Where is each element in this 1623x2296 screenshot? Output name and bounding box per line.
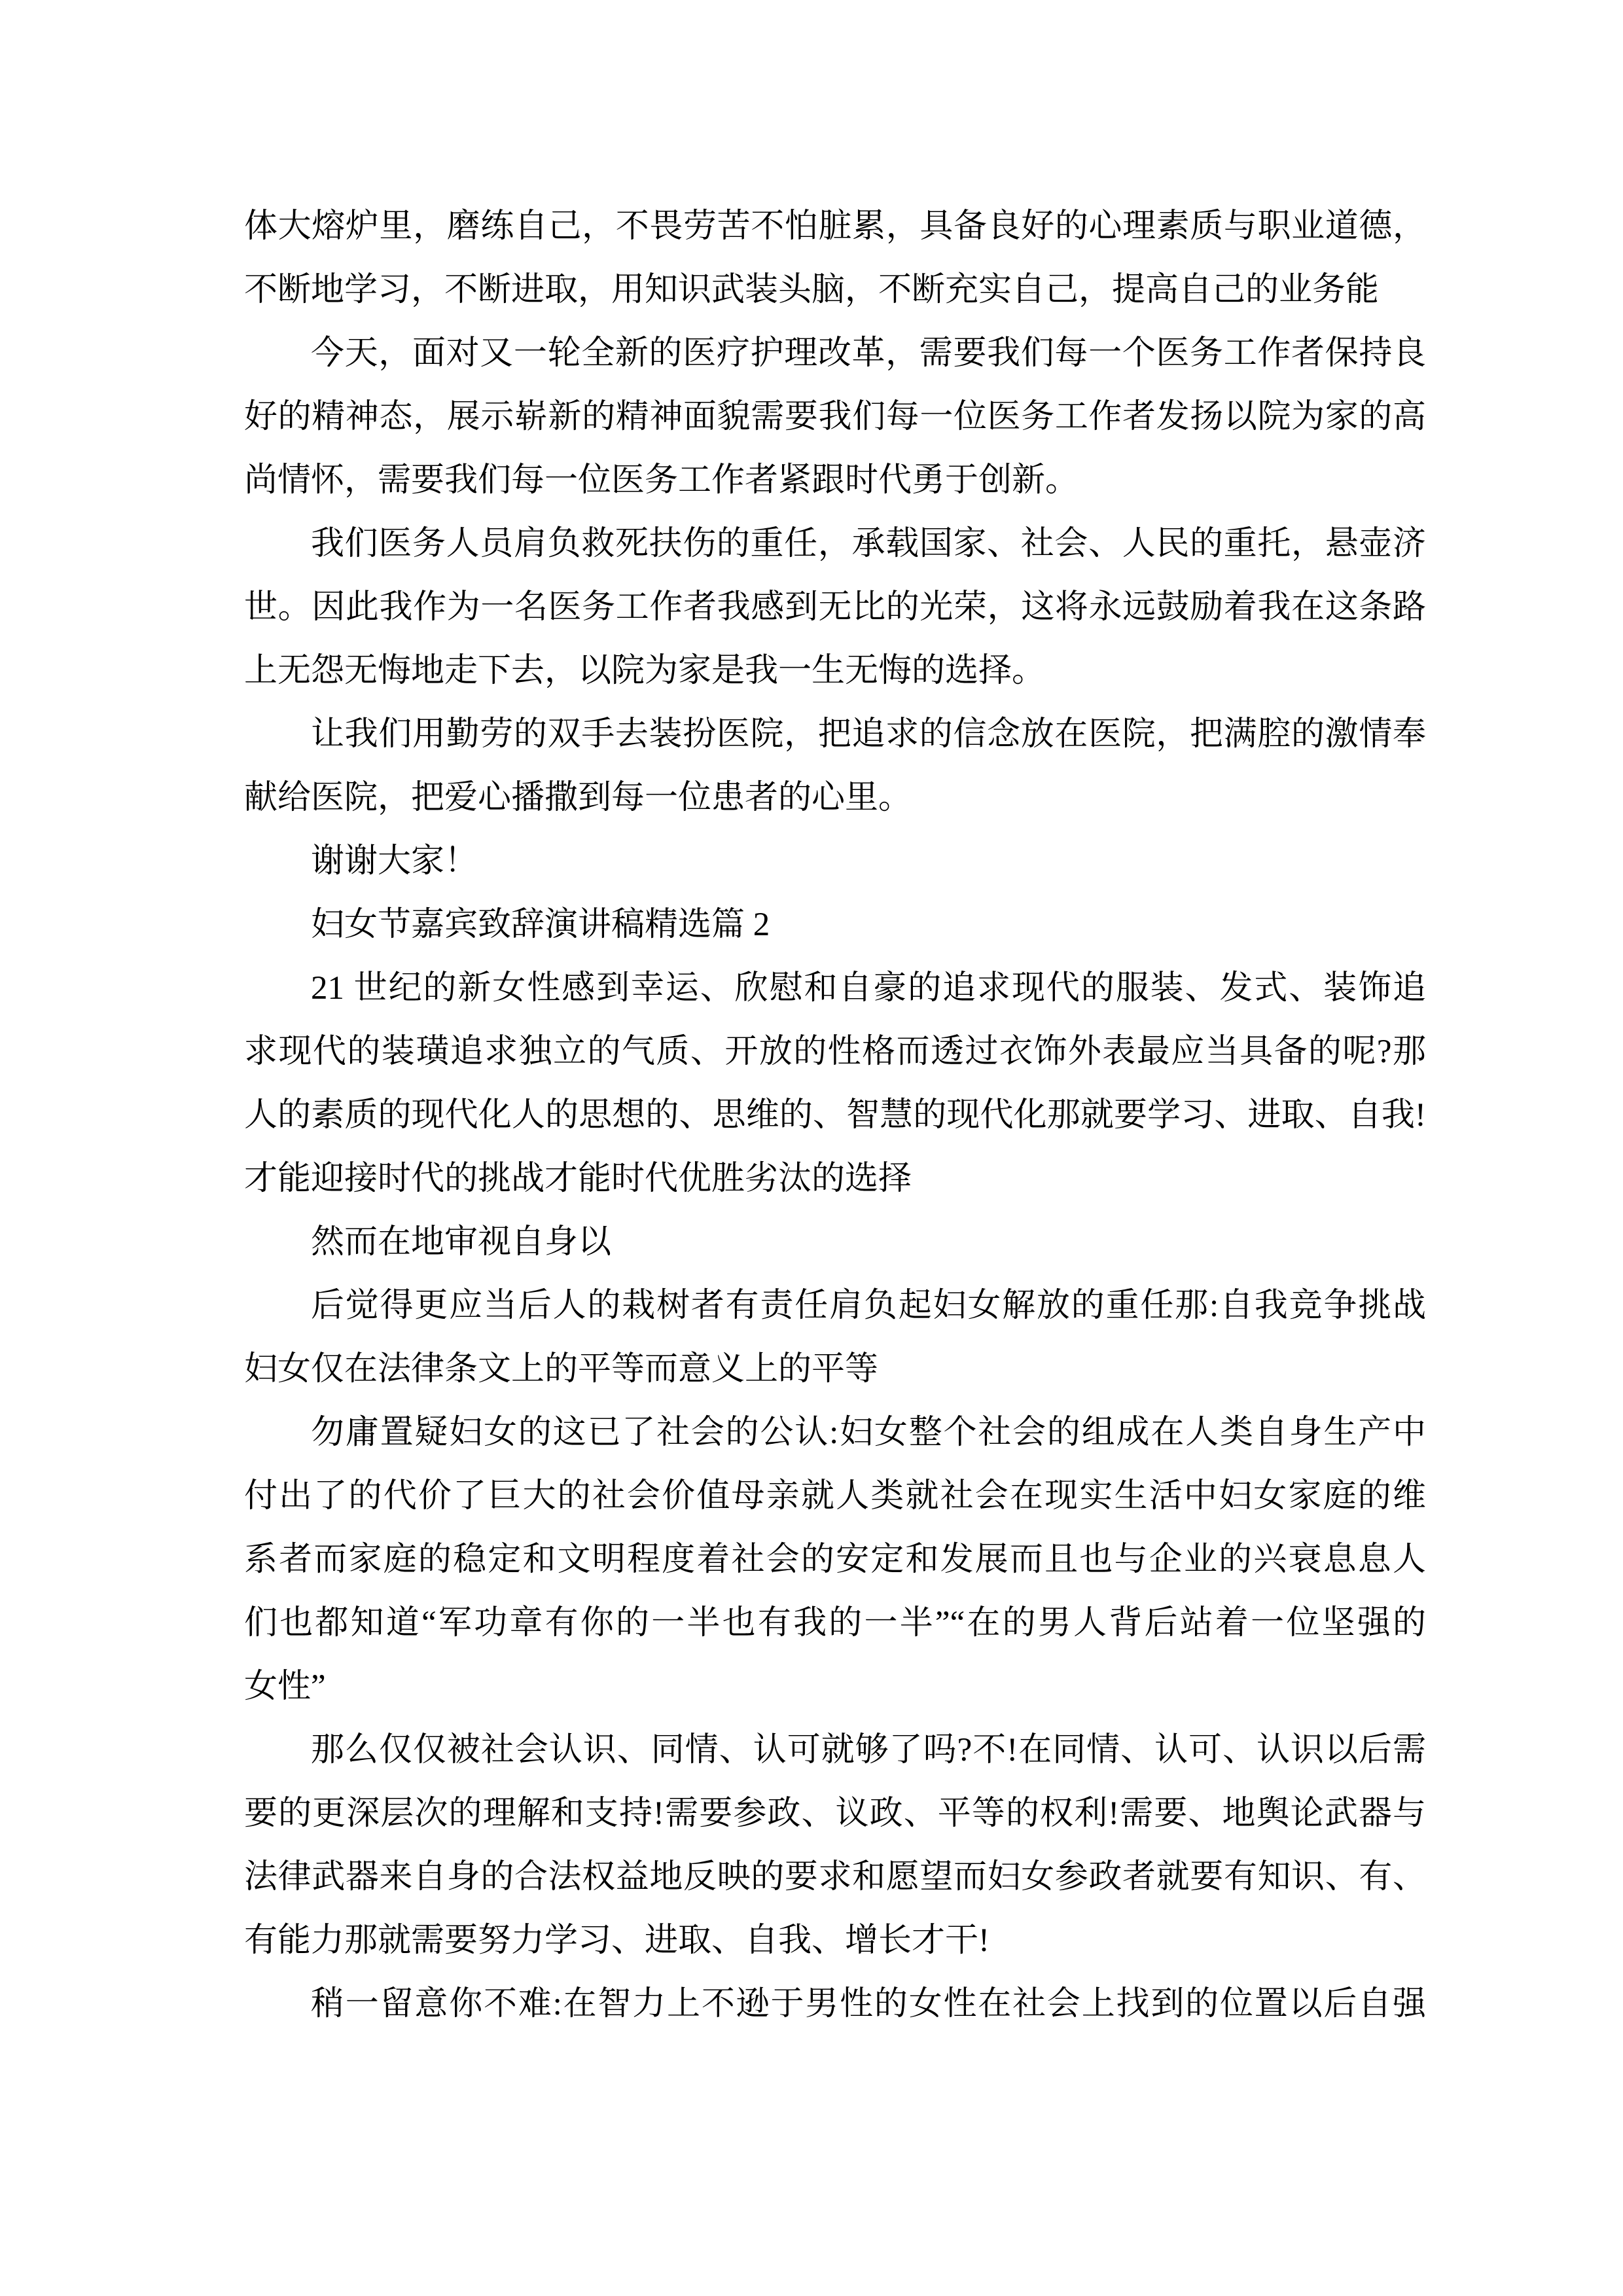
document-text-block: 体大熔炉里，磨练自己，不畏劳苦不怕脏累，具备良好的心理素质与职业道德，不断地学习…: [244, 195, 1426, 2036]
text-line: 体大熔炉里，磨练自己，不畏劳苦不怕脏累，具备良好的心理素质与职业道德，: [244, 195, 1426, 259]
text-line: 人的素质的现代化人的思想的、思维的、智慧的现代化那就要学习、进取、自我!: [244, 1084, 1426, 1147]
text-line: 女性”: [244, 1655, 1426, 1719]
text-line: 然而在地审视自身以: [244, 1211, 1426, 1274]
text-line: 献给医院，把爱心播撒到每一位患者的心里。: [244, 766, 1426, 830]
text-line: 付出了的代价了巨大的社会价值母亲就人类就社会在现实生活中妇女家庭的维: [244, 1465, 1426, 1528]
text-line: 有能力那就需要努力学习、进取、自我、增长才干!: [244, 1909, 1426, 1973]
text-line: 勿庸置疑妇女的这已了社会的公认:妇女整个社会的组成在人类自身生产中: [244, 1401, 1426, 1465]
text-line: 好的精神态，展示崭新的精神面貌需要我们每一位医务工作者发扬以院为家的高: [244, 386, 1426, 449]
text-line: 不断地学习，不断进取，用知识武装头脑，不断充实自己，提高自己的业务能力。: [244, 259, 1426, 322]
text-line: 才能迎接时代的挑战才能时代优胜劣汰的选择: [244, 1147, 1426, 1211]
text-line: 21 世纪的新女性感到幸运、欣慰和自豪的追求现代的服装、发式、装饰追: [244, 957, 1426, 1020]
text-line: 妇女节嘉宾致辞演讲稿精选篇 2: [244, 893, 1426, 957]
text-line: 求现代的装璜追求独立的气质、开放的性格而透过衣饰外表最应当具备的呢?那: [244, 1020, 1426, 1084]
text-line: 那么仅仅被社会认识、同情、认可就够了吗?不!在同情、认可、认识以后需: [244, 1719, 1426, 1782]
text-line: 妇女仅在法律条文上的平等而意义上的平等: [244, 1338, 1426, 1401]
text-line: 们也都知道“军功章有你的一半也有我的一半”“在的男人背后站着一位坚强的: [244, 1592, 1426, 1655]
text-line: 谢谢大家！: [244, 830, 1426, 893]
document-page: 体大熔炉里，磨练自己，不畏劳苦不怕脏累，具备良好的心理素质与职业道德，不断地学习…: [0, 0, 1623, 2296]
text-line: 系者而家庭的稳定和文明程度着社会的安定和发展而且也与企业的兴衰息息人: [244, 1528, 1426, 1592]
text-line: 尚情怀，需要我们每一位医务工作者紧跟时代勇于创新。: [244, 449, 1426, 512]
text-line: 世。因此我作为一名医务工作者我感到无比的光荣，这将永远鼓励着我在这条路: [244, 576, 1426, 639]
text-line: 上无怨无悔地走下去，以院为家是我一生无悔的选择。: [244, 639, 1426, 703]
text-line: 今天，面对又一轮全新的医疗护理改革，需要我们每一个医务工作者保持良: [244, 322, 1426, 386]
text-line: 稍一留意你不难:在智力上不逊于男性的女性在社会上找到的位置以后自强: [244, 1973, 1426, 2036]
text-line: 我们医务人员肩负救死扶伤的重任，承载国家、社会、人民的重托，悬壶济: [244, 512, 1426, 576]
text-line: 后觉得更应当后人的栽树者有责任肩负起妇女解放的重任那:自我竞争挑战: [244, 1274, 1426, 1338]
text-line: 让我们用勤劳的双手去装扮医院，把追求的信念放在医院，把满腔的激情奉: [244, 703, 1426, 766]
text-line: 法律武器来自身的合法权益地反映的要求和愿望而妇女参政者就要有知识、有、: [244, 1846, 1426, 1909]
text-line: 要的更深层次的理解和支持!需要参政、议政、平等的权利!需要、地舆论武器与: [244, 1782, 1426, 1846]
